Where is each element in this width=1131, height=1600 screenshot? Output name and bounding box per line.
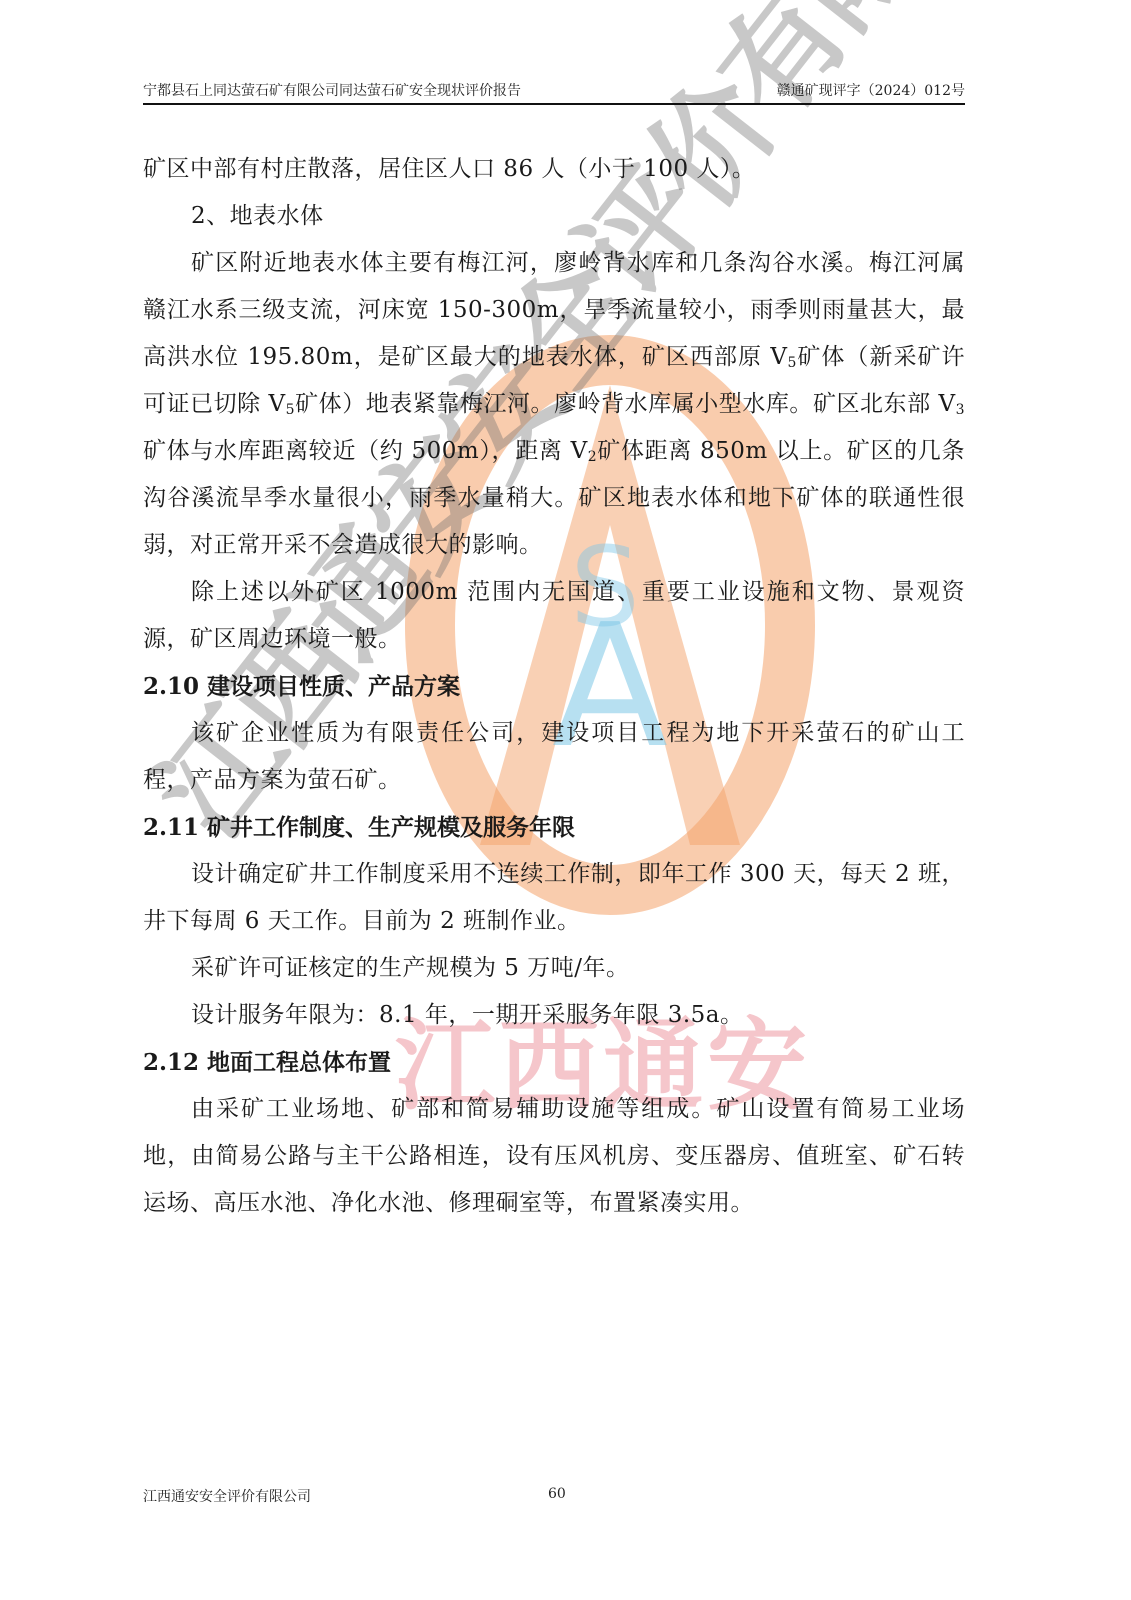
page-content: 矿区中部有村庄散落，居住区人口 86 人（小于 100 人）。 2、地表水体 矿… <box>143 146 965 1227</box>
paragraph-production-scale: 采矿许可证核定的生产规模为 5 万吨/年。 <box>143 945 965 992</box>
report-title: 宁都县石上同达萤石矿有限公司同达萤石矿安全现状评价报告 <box>143 80 521 100</box>
subheading-surface-water: 2、地表水体 <box>143 193 965 240</box>
section-heading-2-12: 2.12 地面工程总体布置 <box>143 1039 965 1086</box>
document-number: 赣通矿现评字（2024）012号 <box>777 80 965 100</box>
paragraph-population: 矿区中部有村庄散落，居住区人口 86 人（小于 100 人）。 <box>143 146 965 193</box>
page-header: 宁都县石上同达萤石矿有限公司同达萤石矿安全现状评价报告 赣通矿现评字（2024）… <box>143 78 965 104</box>
paragraph-environment: 除上述以外矿区 1000m 范围内无国道、重要工业设施和文物、景观资源，矿区周边… <box>143 569 965 663</box>
paragraph-work-schedule: 设计确定矿井工作制度采用不连续工作制，即年工作 300 天，每天 2 班，井下每… <box>143 851 965 945</box>
paragraph-surface-layout: 由采矿工业场地、矿部和简易辅助设施等组成。矿山设置有简易工业场地，由简易公路与主… <box>143 1086 965 1227</box>
page-number: 60 <box>548 1486 566 1502</box>
paragraph-service-life: 设计服务年限为：8.1 年，一期开采服务年限 3.5a。 <box>143 992 965 1039</box>
section-heading-2-10: 2.10 建设项目性质、产品方案 <box>143 663 965 710</box>
section-heading-2-11: 2.11 矿井工作制度、生产规模及服务年限 <box>143 804 965 851</box>
paragraph-project-nature: 该矿企业性质为有限责任公司，建设项目工程为地下开采萤石的矿山工程，产品方案为萤石… <box>143 710 965 804</box>
footer-company: 江西通安安全评价有限公司 <box>143 1486 311 1506</box>
paragraph-surface-water: 矿区附近地表水体主要有梅江河，廖岭背水库和几条沟谷水溪。梅江河属赣江水系三级支流… <box>143 240 965 569</box>
